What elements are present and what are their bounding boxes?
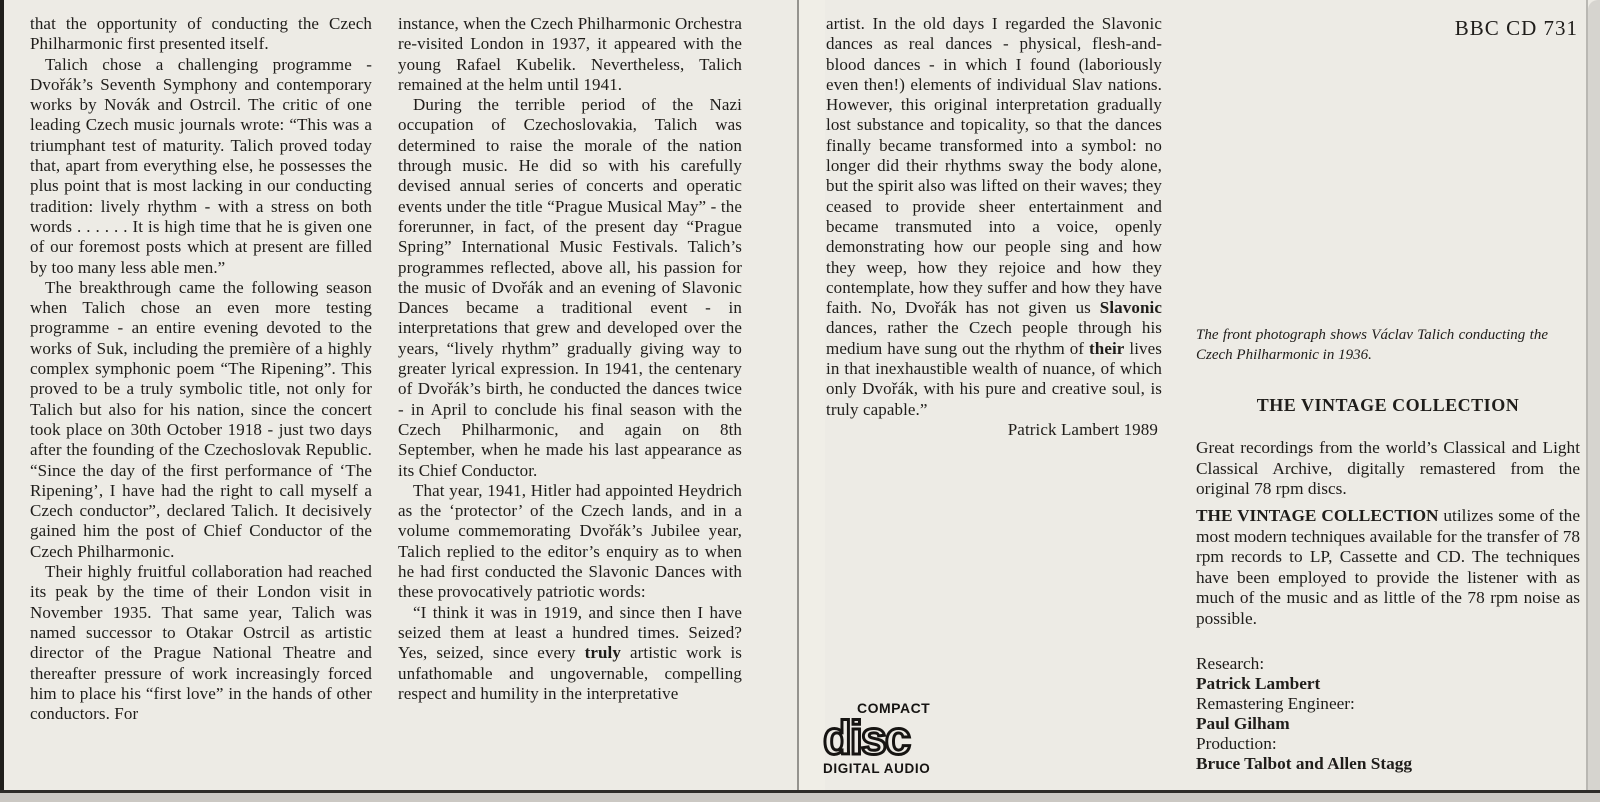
cd-logo-disc-text: disc	[823, 711, 910, 764]
paragraph: Talich chose a challenging programme - D…	[30, 55, 372, 278]
photo-caption: The front photograph shows Václav Talich…	[1196, 326, 1548, 365]
paragraph: That year, 1941, Hitler had appointed He…	[398, 481, 742, 603]
paragraph: THE VINTAGE COLLECTION utilizes some of …	[1196, 506, 1580, 630]
credit-name: Patrick Lambert	[1196, 674, 1412, 694]
bold-word: Slavonic	[1100, 298, 1162, 317]
credit-role: Research:	[1196, 654, 1412, 674]
scan-bottom-strip	[0, 793, 1600, 802]
vintage-collection-heading: THE VINTAGE COLLECTION	[1196, 395, 1580, 416]
paragraph: artist. In the old days I regarded the S…	[826, 14, 1162, 420]
bold-series-name: THE VINTAGE COLLECTION	[1196, 506, 1439, 525]
credit-name: Bruce Talbot and Allen Stagg	[1196, 754, 1412, 774]
back-panel: BBC CD 731 The front photograph shows Vá…	[1196, 14, 1580, 790]
paragraph: Great recordings from the world’s Classi…	[1196, 438, 1580, 500]
credit-role: Remastering Engineer:	[1196, 694, 1412, 714]
booklet-scan: that the opportunity of conducting the C…	[0, 0, 1600, 802]
paragraph: Their highly fruitful collaboration had …	[30, 562, 372, 724]
paragraph: that the opportunity of conducting the C…	[30, 14, 372, 55]
scan-right-strip	[1588, 0, 1600, 802]
text-column-3: artist. In the old days I regarded the S…	[826, 14, 1162, 440]
text-column-2: instance, when the Czech Philharmonic Or…	[398, 14, 742, 704]
page-fold-highlight	[799, 0, 825, 790]
text-column-1: that the opportunity of conducting the C…	[30, 14, 372, 724]
bold-word: truly	[585, 643, 621, 662]
scan-left-edge	[0, 0, 4, 802]
credits-block: Research: Patrick Lambert Remastering En…	[1196, 654, 1412, 774]
page-fold-line	[797, 0, 799, 790]
cd-logo-digital-audio-text: DIGITAL AUDIO	[823, 761, 930, 776]
paragraph: “I think it was in 1919, and since then …	[398, 603, 742, 704]
author-signature: Patrick Lambert 1989	[826, 420, 1162, 440]
credit-name: Paul Gilham	[1196, 714, 1412, 734]
compact-disc-logo: COMPACT disc DIGITAL AUDIO	[822, 698, 940, 778]
credit-role: Production:	[1196, 734, 1412, 754]
bold-word: their	[1089, 339, 1124, 358]
paragraph: During the terrible period of the Nazi o…	[398, 95, 742, 481]
catalog-number: BBC CD 731	[1455, 16, 1578, 41]
paragraph: The breakthrough came the following seas…	[30, 278, 372, 562]
paragraph: instance, when the Czech Philharmonic Or…	[398, 14, 742, 95]
